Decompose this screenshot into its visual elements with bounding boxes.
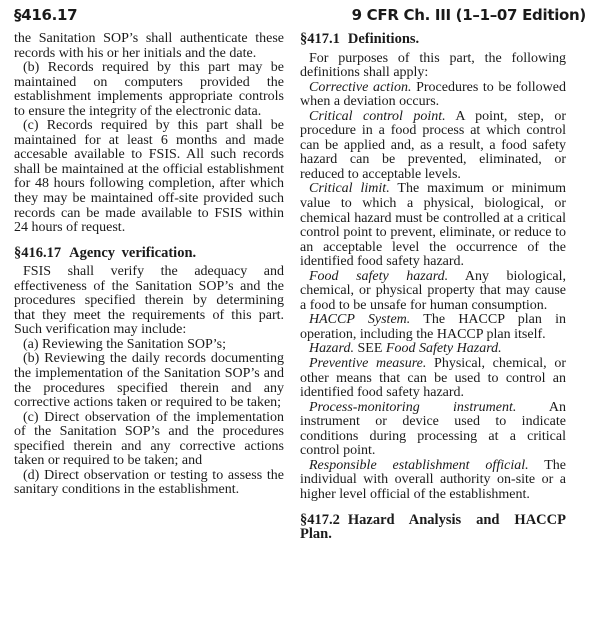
definition-responsible-establishment-official: Responsible establishment official. The …	[300, 459, 566, 503]
definition-term: Responsible establishment official.	[309, 458, 529, 473]
section-title: Definitions.	[348, 31, 419, 47]
definition-critical-control-point: Critical control point. A point, step, o…	[300, 110, 566, 183]
definition-term: Corrective action.	[309, 80, 411, 95]
definition-term: Preventive measure.	[309, 356, 426, 371]
left-column: the Sanitation SOP’s shall authenticate …	[14, 32, 284, 498]
list-item-a: (a) Reviewing the Sanitation SOP’s;	[14, 338, 284, 353]
definition-preventive-measure: Preventive measure. Physical, chemical, …	[300, 357, 566, 401]
definition-corrective-action: Corrective action. Procedures to be foll…	[300, 81, 566, 110]
page-header: §416.17 9 CFR Ch. III (1–1–07 Edition)	[14, 4, 586, 26]
definition-cross-ref: Food Safety Hazard.	[386, 341, 502, 356]
section-number: §417.1	[300, 31, 340, 47]
definition-critical-limit: Critical limit. The maximum or minimum v…	[300, 182, 566, 269]
definition-hazard: Hazard. SEE Food Safety Hazard.	[300, 342, 566, 357]
paragraph-c: (c) Records required by this part shall …	[14, 119, 284, 235]
definition-text: SEE	[354, 341, 386, 356]
definition-term: Food safety hazard.	[309, 269, 448, 284]
section-heading-416-17: §416.17Agency verification.	[14, 246, 284, 261]
header-section-ref: §416.17	[14, 6, 77, 24]
definition-term: Critical limit.	[309, 181, 390, 196]
definition-term: Process-monitoring instrument.	[309, 400, 516, 415]
list-item-b: (b) Reviewing the daily records document…	[14, 352, 284, 410]
list-item-c: (c) Direct observation of the implementa…	[14, 411, 284, 469]
section-heading-417-1: §417.1Definitions.	[300, 32, 566, 47]
definition-term: Critical control point.	[309, 109, 446, 124]
definition-process-monitoring-instrument: Process-monitoring instrument. An instru…	[300, 401, 566, 459]
definition-term: Hazard.	[309, 341, 354, 356]
section-intro: FSIS shall verify the adequacy and effec…	[14, 265, 284, 338]
section-heading-417-2: §417.2Hazard Analysis and HACCP Plan.	[300, 513, 566, 542]
section-title: Agency verification.	[69, 245, 196, 261]
header-title: 9 CFR Ch. III (1–1–07 Edition)	[352, 6, 586, 24]
definition-term: HACCP System.	[309, 312, 410, 327]
right-column: §417.1Definitions. For purposes of this …	[300, 32, 566, 547]
list-item-d: (d) Direct observation or testing to ass…	[14, 469, 284, 498]
definition-haccp-system: HACCP System. The HACCP plan in operatio…	[300, 313, 566, 342]
paragraph-continuation: the Sanitation SOP’s shall authenticate …	[14, 32, 284, 61]
section-number: §416.17	[14, 245, 61, 261]
paragraph-b: (b) Records required by this part may be…	[14, 61, 284, 119]
definitions-intro: For purposes of this part, the following…	[300, 52, 566, 81]
definition-food-safety-hazard: Food safety hazard. Any biological, chem…	[300, 270, 566, 314]
